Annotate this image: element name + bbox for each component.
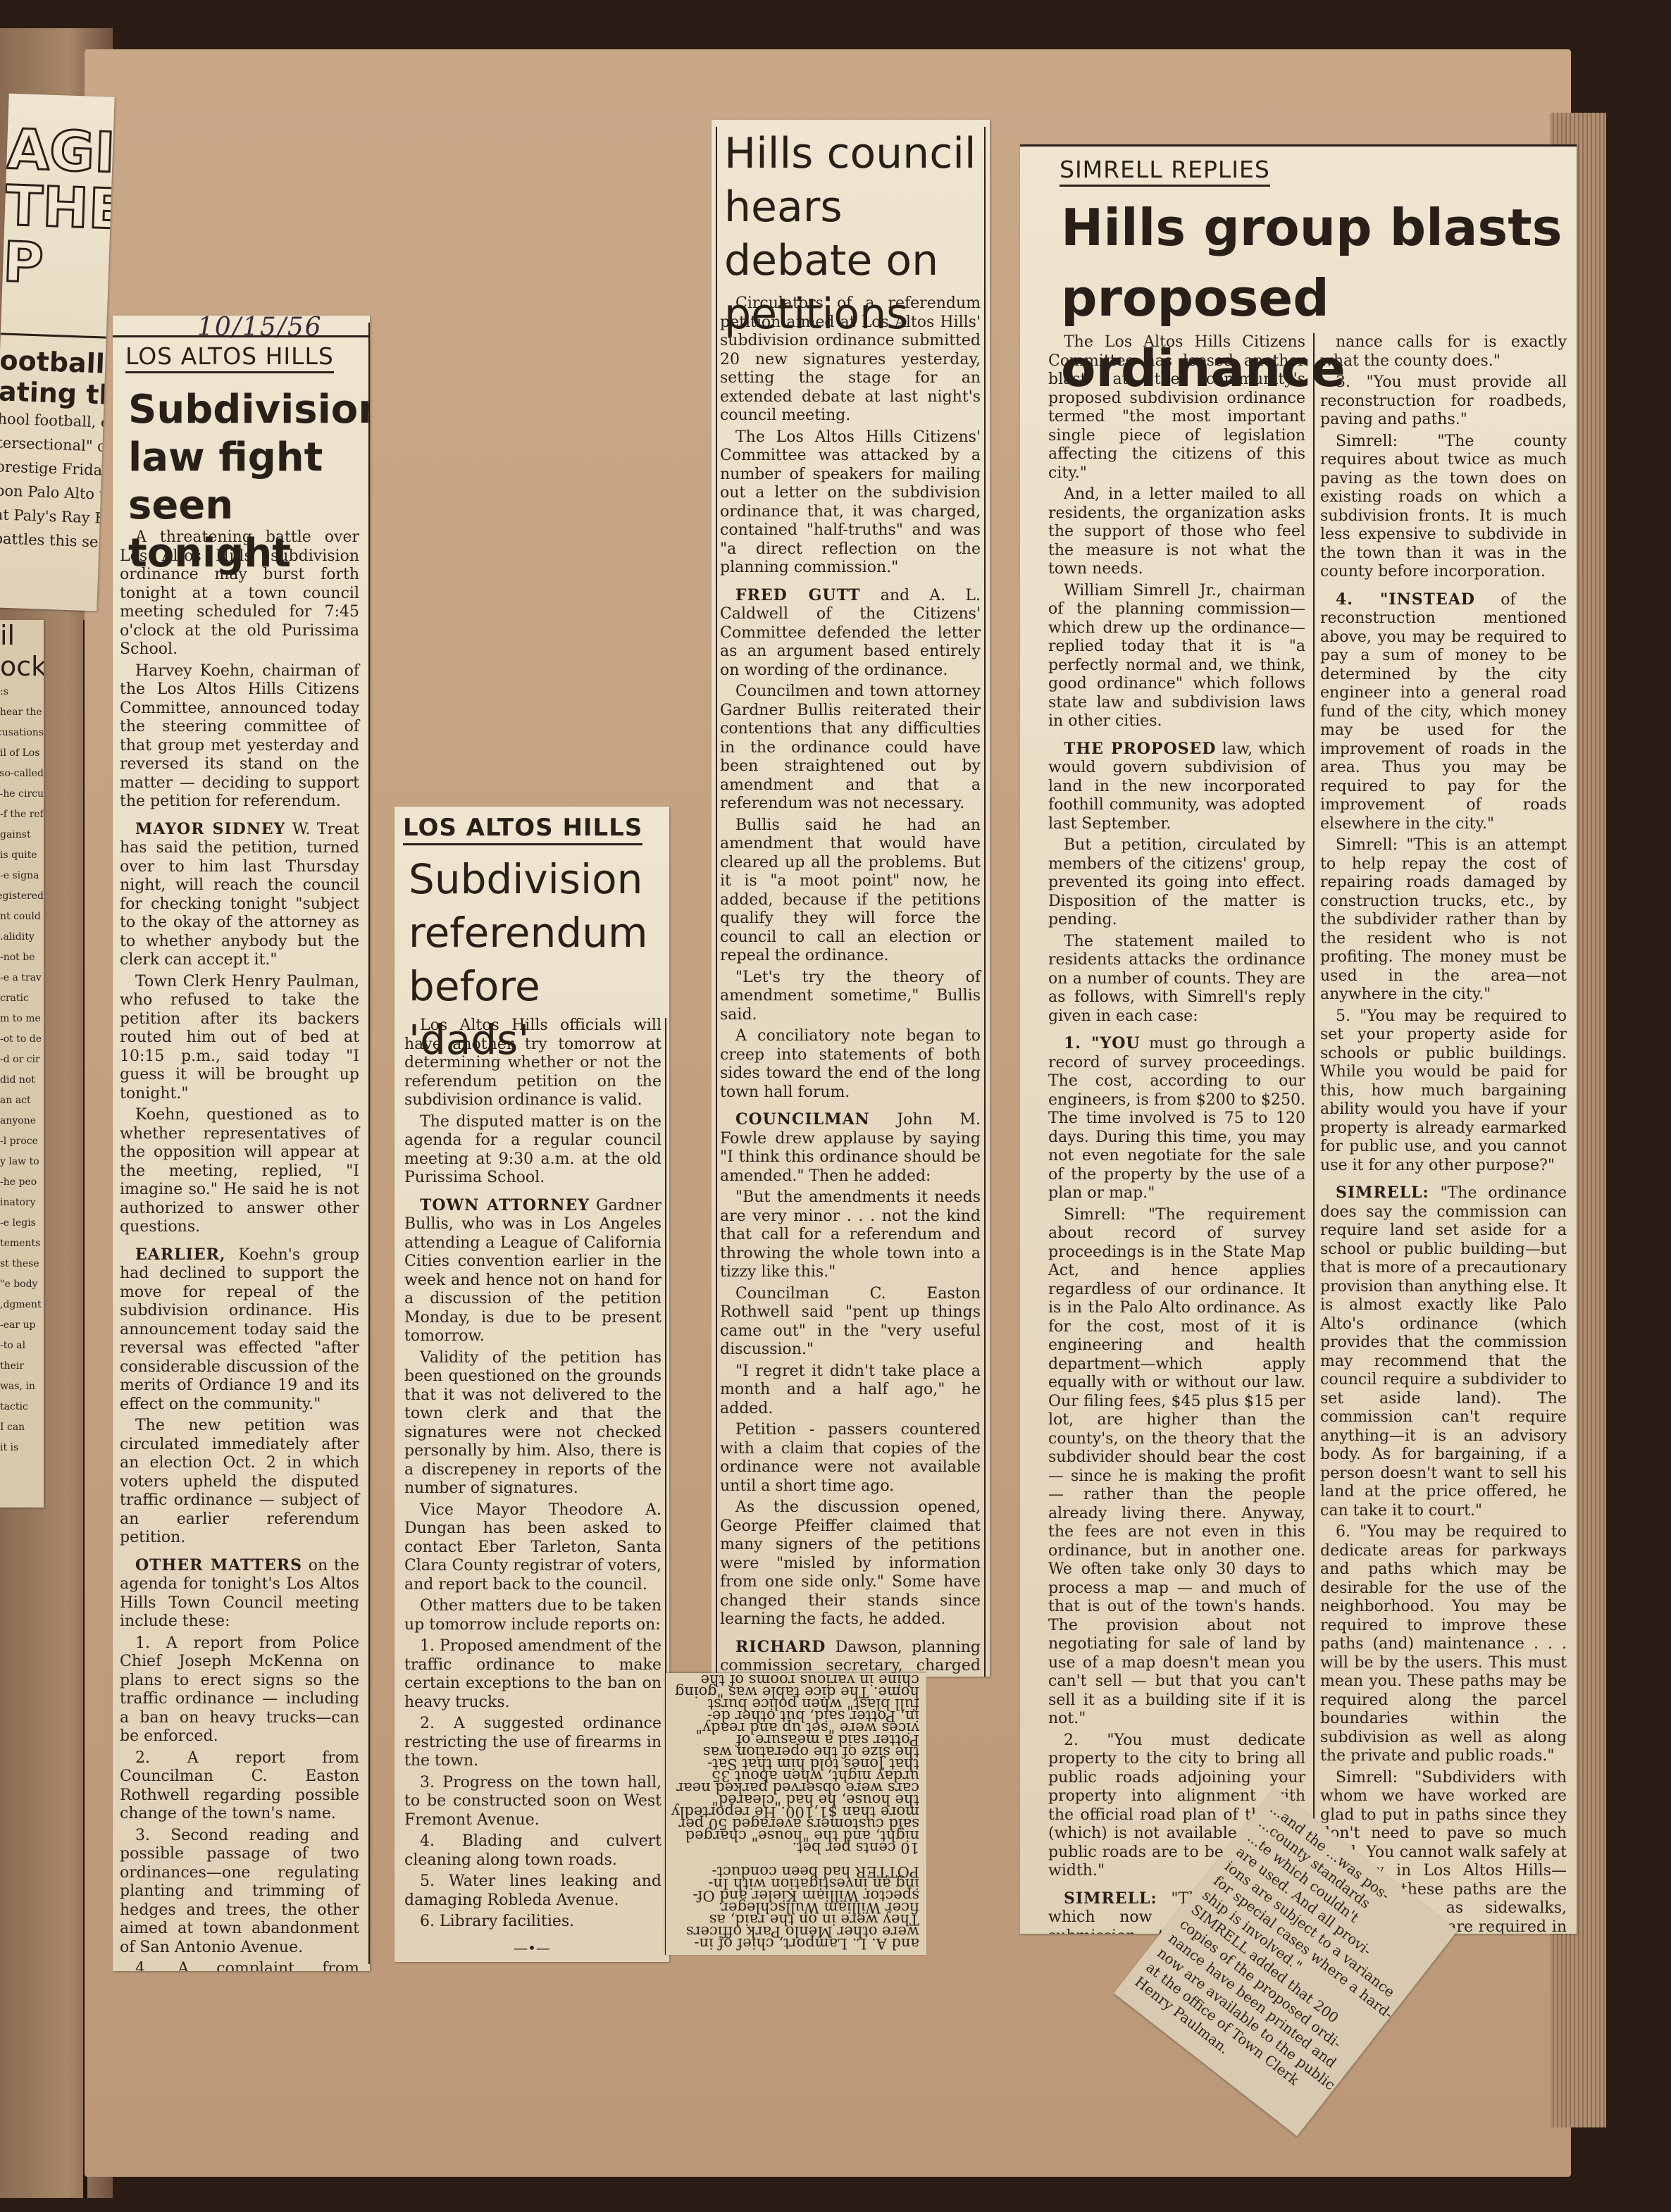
paragraph: The disputed matter is on the agenda for…: [404, 1113, 661, 1188]
paragraph-text: Town Clerk Henry Paulman, who refused to…: [120, 973, 359, 1102]
paragraph: Harvey Koehn, chairman of the Los Altos …: [120, 662, 359, 812]
paragraph-text: 4. A complaint from Stephen James, Three…: [120, 1960, 359, 1971]
text-line: y law to: [0, 1152, 44, 1172]
paragraph: SIMRELL: "The ordinance does say the com…: [1320, 1183, 1567, 1520]
paragraph: The new petition was circulated immediat…: [120, 1417, 359, 1548]
text-line: egistered: [0, 886, 44, 907]
paragraph-text: Circulators of a referendum petition aim…: [720, 294, 981, 424]
paragraph: "I regret it didn't take place a month a…: [720, 1362, 981, 1419]
text-line: pon Palo Alto t: [0, 478, 101, 506]
paragraph-text: 5. Water lines leaking and damaging Robl…: [404, 1872, 661, 1909]
fragment-headline: il ocks: [0, 620, 44, 682]
paragraph: FRED GUTT and A. L. Caldwell of the Citi…: [720, 586, 981, 681]
article-body: Los Altos Hills officials will have anot…: [404, 1017, 661, 1934]
text-line: nt could: [0, 907, 44, 927]
text-line: anyone: [0, 1111, 44, 1131]
text-line: did not: [0, 1070, 44, 1091]
text-line: an act: [0, 1091, 44, 1111]
paragraph-text: Simrell: "The requirement about record o…: [1048, 1206, 1305, 1728]
paragraph: The statement mailed to residents attack…: [1048, 933, 1305, 1026]
text-line: tements: [0, 1234, 44, 1254]
text-line: hool football, ex: [0, 406, 104, 434]
paragraph-text: Vice Mayor Theodore A. Dungan has been a…: [404, 1501, 661, 1593]
text-line: il of Los: [0, 743, 44, 764]
paragraph: 2. A report from Councilman C. Easton Ro…: [120, 1749, 359, 1824]
paragraph-text: Koehn, questioned as to whether represen…: [120, 1106, 359, 1236]
kicker: LOS ALTOS HILLS: [403, 814, 642, 845]
text-line: e a trav-: [0, 968, 44, 988]
paragraph: EARLIER, Koehn's group had declined to s…: [120, 1245, 359, 1415]
article-referendum-dads: LOS ALTOS HILLS Subdivision referendum b…: [395, 807, 669, 1962]
text-line: at Paly's Ray Fi: [0, 502, 100, 530]
headline-line: ootball pres: [0, 344, 106, 379]
paragraph: 1. "YOU must go through a record of surv…: [1048, 1034, 1305, 1203]
upside-down-body: and A. L. Lamport, chief of in-were othe…: [666, 1673, 926, 1955]
paragraph-text: 4. Blading and culvert cleaning along to…: [404, 1832, 661, 1869]
paragraph: 5. "You may be required to set your prop…: [1320, 1007, 1567, 1176]
paragraph: Simrell: "The county requires about twic…: [1320, 433, 1567, 582]
article-body: A threatening battle over Los Altos Hill…: [120, 528, 359, 1971]
column-rule: [984, 127, 986, 1677]
paragraph-text: nance calls for is exactly what the coun…: [1320, 333, 1567, 370]
paragraph-text: "Let's try the theory of amendment somet…: [720, 969, 981, 1024]
upside-down-clipping: and A. L. Lamport, chief of in-were othe…: [666, 1673, 926, 1955]
fragment-body: s:hear thecusationsil of Losso-called"he…: [0, 682, 44, 1458]
text-line: gainst: [0, 825, 44, 845]
paragraph-text: Simrell: "This is an attempt to help rep…: [1320, 836, 1567, 1003]
paragraph-text: Validity of the petition has been questi…: [404, 1349, 661, 1498]
text-line: s:: [0, 682, 44, 702]
paragraph: RICHARD Dawson, planning commission secr…: [720, 1638, 981, 1677]
paragraph-text: 2. A report from Councilman C. Easton Ro…: [120, 1749, 359, 1823]
fragment-headline-line: ocks: [0, 651, 44, 682]
paragraph-text: 1. A report from Police Chief Joseph McK…: [120, 1634, 359, 1746]
paragraph: TOWN ATTORNEY Gardner Bullis, who was in…: [404, 1196, 661, 1346]
article-column-2: nance calls for is exactly what the coun…: [1320, 333, 1567, 1934]
paragraph: The Los Altos Hills Citizens Committee h…: [1048, 333, 1305, 483]
text-line: l proce-: [0, 1131, 44, 1152]
text-line: I can: [0, 1417, 44, 1438]
football-body: hool football, extersectional" opporesti…: [0, 406, 104, 554]
text-line: battles this seas: [0, 526, 99, 554]
kicker: SIMRELL REPLIES: [1060, 156, 1270, 187]
paragraph-text: Gardner Bullis, who was in Los Angeles a…: [404, 1197, 661, 1346]
paragraph: 2. A suggested ordinance restricting the…: [404, 1715, 661, 1771]
text-line: hear the: [0, 702, 44, 723]
paragraph: Bullis said he had an amendment that wou…: [720, 816, 981, 966]
paragraph: Petition - passers countered with a clai…: [720, 1421, 981, 1496]
paragraph: 4. A complaint from Stephen James, Three…: [120, 1960, 359, 1971]
paragraph-text: Petition - passers countered with a clai…: [720, 1421, 981, 1495]
column-rule-left: [716, 127, 717, 1677]
paragraph-text: "But the amendments it needs are very mi…: [720, 1188, 981, 1281]
handwritten-date: 10/15/56: [197, 316, 323, 342]
paragraph: 1. Proposed amendment of the traffic ord…: [404, 1637, 661, 1712]
text-line: e body": [0, 1274, 44, 1295]
paragraph-text: 6. "You may be required to dedicate area…: [1320, 1523, 1567, 1765]
article-body: Circulators of a referendum petition aim…: [720, 294, 981, 1677]
paragraph-text: William Simrell Jr., chairman of the pla…: [1048, 582, 1305, 731]
paragraph-text: And, in a letter mailed to all residents…: [1048, 485, 1305, 578]
paragraph-text: Koehn's group had declined to support th…: [120, 1246, 359, 1413]
paragraph-text: 3. Progress on the town hall, to be cons…: [404, 1774, 661, 1829]
paragraph: As the discussion opened, George Pfeiffe…: [720, 1498, 981, 1629]
paragraph: The Los Altos Hills Citizens' Committee …: [720, 428, 981, 578]
paragraph: 3. Progress on the town hall, to be cons…: [404, 1774, 661, 1830]
paragraph-text: W. Treat has said the petition, turned o…: [120, 821, 359, 969]
paragraph-text: "I regret it didn't take place a month a…: [720, 1362, 981, 1417]
paragraph: William Simrell Jr., chairman of the pla…: [1048, 582, 1305, 731]
text-line: is quite: [0, 845, 44, 866]
fragment-headline-line: il: [0, 620, 44, 651]
paragraph: A threatening battle over Los Altos Hill…: [120, 528, 359, 659]
text-line: ear up-: [0, 1315, 44, 1336]
paragraph: COUNCILMAN John M. Fowle drew applause b…: [720, 1110, 981, 1186]
paragraph: THE PROPOSED law, which would govern sub…: [1048, 740, 1305, 834]
clipping-football-fragment: AGI THE P ootball pres ating this f hool…: [0, 94, 115, 611]
paragraph: Councilman C. Easton Rothwell said "pent…: [720, 1285, 981, 1360]
paragraph-lead: 4. "INSTEAD: [1336, 590, 1475, 609]
paragraph-text: must go through a record of survey proce…: [1048, 1035, 1305, 1202]
text-line: their: [0, 1356, 44, 1377]
article-council-debate: Hills council hears debate on petitions …: [712, 120, 990, 1677]
top-rule: [1020, 144, 1577, 147]
column-rule: [368, 323, 370, 1964]
paragraph-lead: EARLIER,: [135, 1245, 226, 1264]
paragraph-text: 3. "You must provide all reconstruction …: [1320, 373, 1567, 428]
paragraph-lead: FRED GUTT: [735, 586, 861, 604]
paragraph-text: of the reconstruction mentioned above, y…: [1320, 591, 1567, 833]
paragraph-text: As the discussion opened, George Pfeiffe…: [720, 1498, 981, 1628]
text-line: m to me: [0, 1009, 44, 1029]
paragraph-lead: SIMRELL:: [1336, 1183, 1429, 1202]
paragraph-text: Councilman C. Easton Rothwell said "pent…: [720, 1285, 981, 1359]
text-line: cratic: [0, 988, 44, 1009]
paragraph: 3. "You must provide all reconstruction …: [1320, 373, 1567, 430]
paragraph-text: Simrell: "The county requires about twic…: [1320, 433, 1567, 581]
text-line: st these: [0, 1254, 44, 1274]
paragraph-lead: TOWN ATTORNEY: [420, 1196, 590, 1214]
paragraph: Simrell: "This is an attempt to help rep…: [1320, 836, 1567, 1005]
paragraph-text: A threatening battle over Los Altos Hill…: [120, 528, 359, 658]
kicker: LOS ALTOS HILLS: [125, 342, 334, 373]
paragraph-text: Bullis said he had an amendment that wou…: [720, 816, 981, 965]
paragraph: 4. "INSTEAD of the reconstruction mentio…: [1320, 590, 1567, 834]
text-line: he peo-: [0, 1172, 44, 1193]
paragraph-lead: COUNCILMAN: [735, 1110, 870, 1129]
paragraph-text: 1. Proposed amendment of the traffic ord…: [404, 1637, 661, 1711]
paragraph: And, in a letter mailed to all residents…: [1048, 485, 1305, 579]
paragraph-lead: OTHER MATTERS: [135, 1556, 302, 1574]
headline-line: ating this f: [0, 375, 105, 410]
top-rule: [113, 335, 370, 337]
paragraph: 1. A report from Police Chief Joseph McK…: [120, 1634, 359, 1746]
paragraph: Vice Mayor Theodore A. Dungan has been a…: [404, 1501, 661, 1595]
text-line: f the ref-: [0, 804, 44, 825]
paragraph-lead: 1. "YOU: [1064, 1034, 1141, 1052]
clipping-lower-fragment: il ocks s:hear thecusationsil of Losso-c…: [0, 620, 44, 1508]
paragraph: Simrell: "The requirement about record o…: [1048, 1206, 1305, 1729]
column-divider: [1313, 333, 1315, 1925]
paragraph-text: Harvey Koehn, chairman of the Los Altos …: [120, 662, 359, 811]
paragraph: Circulators of a referendum petition aim…: [720, 294, 981, 425]
paragraph-text: 6. Library facilities.: [420, 1913, 574, 1930]
text-line: tersectional" opp: [0, 430, 103, 458]
paragraph: Validity of the petition has been questi…: [404, 1349, 661, 1498]
paragraph-text: But a petition, circulated by members of…: [1048, 836, 1305, 928]
paragraph: 5. Water lines leaking and damaging Robl…: [404, 1872, 661, 1910]
paragraph-text: The statement mailed to residents attack…: [1048, 933, 1305, 1025]
paragraph-text: The Los Altos Hills Citizens Committee h…: [1048, 333, 1305, 482]
article-column-1: The Los Altos Hills Citizens Committee h…: [1048, 333, 1305, 1934]
text-line: was, in: [0, 1377, 44, 1397]
text-line: chine in various rooms of the: [673, 1674, 919, 1686]
text-line: to al-: [0, 1336, 44, 1356]
text-line: cusations: [0, 723, 44, 743]
paragraph: But a petition, circulated by members of…: [1048, 836, 1305, 930]
text-line: e legis-: [0, 1213, 44, 1234]
text-line: d or cir-: [0, 1050, 44, 1070]
paragraph: "Let's try the theory of amendment somet…: [720, 969, 981, 1025]
paragraph-text: 3. Second reading and possible passage o…: [120, 1827, 359, 1956]
text-line: orestige Friday a: [0, 454, 102, 482]
text-line: alidity.: [0, 927, 44, 947]
paragraph-lead: SIMRELL:: [1064, 1889, 1157, 1908]
paragraph: Other matters due to be taken up tomorro…: [404, 1597, 661, 1634]
paragraph-text: 5. "You may be required to set your prop…: [1320, 1007, 1567, 1174]
text-line: not be-: [0, 947, 44, 968]
paragraph: 6. Library facilities.: [404, 1913, 661, 1932]
paragraph-text: The Los Altos Hills Citizens' Committee …: [720, 428, 981, 577]
text-line: e signa-: [0, 866, 44, 886]
paragraph-text: The disputed matter is on the agenda for…: [404, 1113, 661, 1187]
text-line: it is: [0, 1438, 44, 1458]
article-group-blasts: SIMRELL REPLIES Hills group blasts propo…: [1020, 144, 1577, 1934]
paragraph: A conciliatory note began to creep into …: [720, 1027, 981, 1102]
paragraph: 6. "You may be required to dedicate area…: [1320, 1523, 1567, 1766]
paragraph-lead: THE PROPOSED: [1064, 740, 1216, 758]
paragraph-lead: MAYOR SIDNEY: [135, 820, 285, 838]
paragraph-text: Los Altos Hills officials will have anot…: [404, 1017, 661, 1109]
paragraph: 3. Second reading and possible passage o…: [120, 1827, 359, 1958]
paragraph-text: "The ordinance does say the commission c…: [1320, 1184, 1567, 1520]
text-line: dgment,: [0, 1295, 44, 1315]
football-art: AGI THE P: [1, 94, 115, 339]
paragraph: Town Clerk Henry Paulman, who refused to…: [120, 973, 359, 1104]
paragraph: "But the amendments it needs are very mi…: [720, 1188, 981, 1282]
text-line: tactic: [0, 1397, 44, 1417]
text-line: inatory: [0, 1193, 44, 1213]
paragraph: OTHER MATTERS on the agenda for tonight'…: [120, 1556, 359, 1632]
paragraph: nance calls for is exactly what the coun…: [1320, 333, 1567, 371]
paragraph-text: The new petition was circulated immediat…: [120, 1417, 359, 1546]
end-mark: —•—: [395, 1939, 669, 1956]
text-line: so-called": [0, 764, 44, 784]
paragraph: Councilmen and town attorney Gardner Bul…: [720, 683, 981, 814]
text-line: ot to de-: [0, 1029, 44, 1050]
paragraph: MAYOR SIDNEY W. Treat has said the petit…: [120, 820, 359, 970]
paragraph-text: A conciliatory note began to creep into …: [720, 1027, 981, 1101]
paragraph: Los Altos Hills officials will have anot…: [404, 1017, 661, 1110]
paragraph: 4. Blading and culvert cleaning along to…: [404, 1832, 661, 1870]
article-law-fight: 10/15/56 LOS ALTOS HILLS Subdivision law…: [113, 316, 370, 1971]
text-line: he circu-: [0, 784, 44, 804]
paragraph-text: 2. A suggested ordinance restricting the…: [404, 1715, 661, 1770]
football-headline: ootball pres ating this f: [0, 344, 106, 410]
paragraph-text: Councilmen and town attorney Gardner Bul…: [720, 683, 981, 812]
paragraph: Koehn, questioned as to whether represen…: [120, 1106, 359, 1237]
paragraph-lead: RICHARD: [735, 1638, 826, 1656]
paragraph-text: Other matters due to be taken up tomorro…: [404, 1597, 661, 1634]
